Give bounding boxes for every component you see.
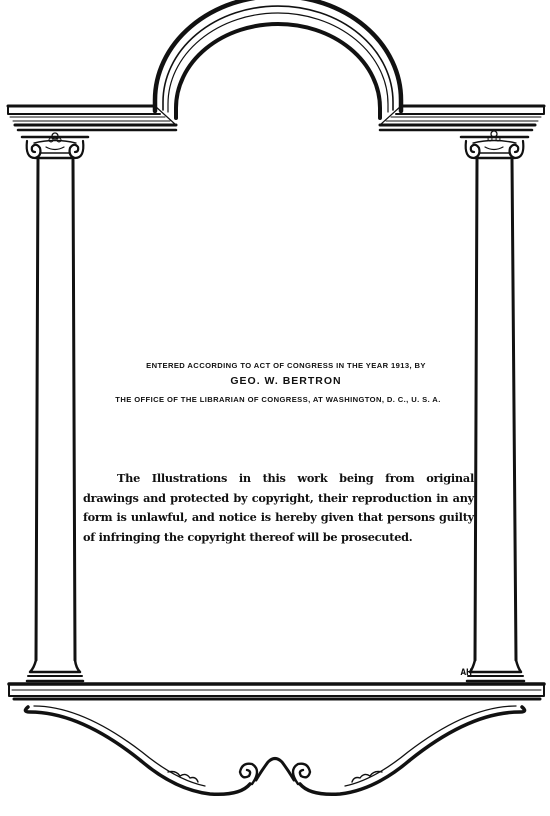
- copyright-entry-line: ENTERED ACCORDING TO ACT OF CONGRESS IN …: [100, 361, 472, 370]
- copyright-office-line: THE OFFICE OF THE LIBRARIAN OF CONGRESS,…: [76, 395, 480, 404]
- arch-icon: [155, 0, 401, 118]
- left-column: [27, 160, 83, 681]
- scroll-bracket-icon: [25, 706, 524, 794]
- copyright-author: GEO. W. BERTRON: [100, 375, 472, 387]
- copyright-warning-paragraph: The Illustrations in this work being fro…: [83, 469, 474, 547]
- architectural-frame-illustration: [0, 0, 550, 816]
- left-ionic-capital-icon: [22, 133, 88, 158]
- right-column: [467, 160, 524, 681]
- base-shelf: [9, 684, 544, 699]
- right-cornice: [380, 106, 544, 130]
- artist-monogram-icon: AH: [460, 668, 472, 678]
- left-cornice: [8, 106, 176, 130]
- right-ionic-capital-icon: [461, 131, 528, 158]
